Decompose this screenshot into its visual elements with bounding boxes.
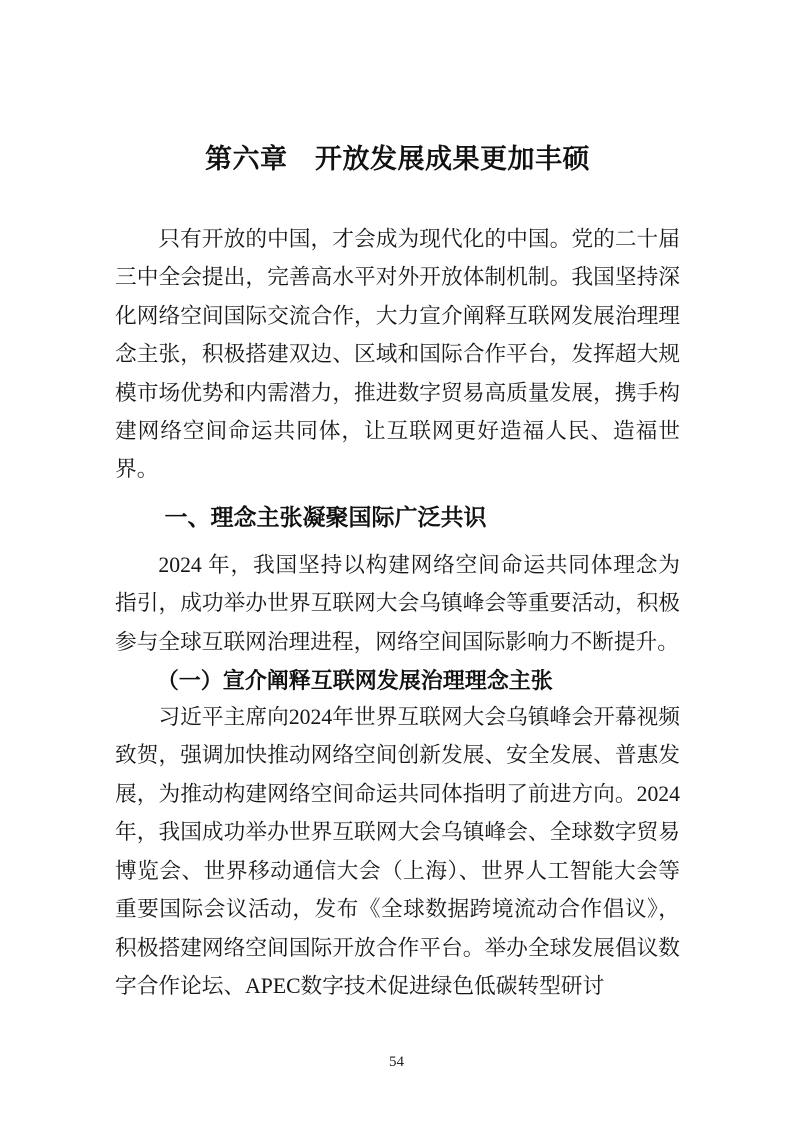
- page-number: 54: [0, 1054, 793, 1071]
- subsection-1-1-paragraph: 习近平主席向2024年世界互联网大会乌镇峰会开幕视频致贺，强调加快推动网络空间创…: [115, 698, 680, 1005]
- subsection-1-1-heading: （一）宣介阐释互联网发展治理理念主张: [115, 665, 680, 696]
- page-content: 第六章 开放发展成果更加丰硕 只有开放的中国，才会成为现代化的中国。党的二十届三…: [115, 0, 680, 1005]
- document-page: 第六章 开放发展成果更加丰硕 只有开放的中国，才会成为现代化的中国。党的二十届三…: [0, 0, 793, 1122]
- section-1-heading: 一、理念主张凝聚国际广泛共识: [115, 502, 680, 532]
- intro-paragraph: 只有开放的中国，才会成为现代化的中国。党的二十届三中全会提出，完善高水平对外开放…: [115, 220, 680, 489]
- chapter-title: 第六章 开放发展成果更加丰硕: [115, 142, 680, 176]
- section-1-paragraph: 2024 年，我国坚持以构建网络空间命运共同体理念为指引，成功举办世界互联网大会…: [115, 546, 680, 661]
